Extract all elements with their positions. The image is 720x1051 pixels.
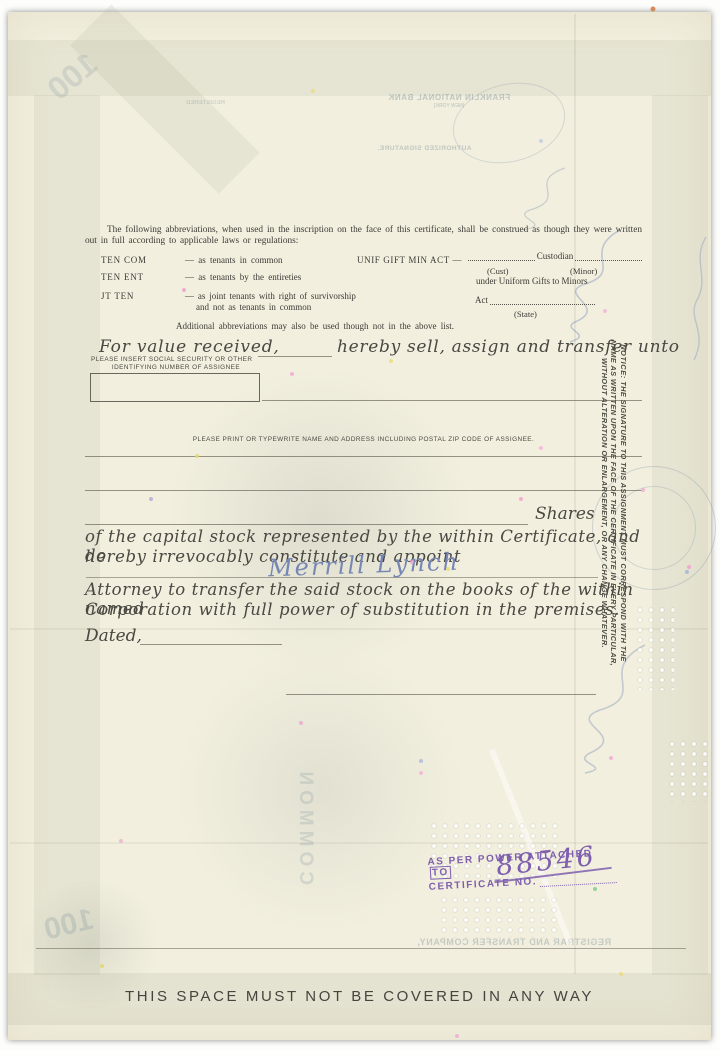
perforation-cluster-right-upper — [636, 606, 674, 690]
ghost-registrar-company: REGISTRAR AND TRANSFER COMPANY, — [385, 937, 643, 947]
ghost-vignette-lower — [180, 640, 460, 940]
print-name-note: PLEASE PRINT OR TYPEWRITE NAME AND ADDRE… — [85, 436, 642, 443]
dated-label: Dated, — [85, 626, 142, 646]
ghost-registered-label: REGISTERED — [186, 100, 225, 106]
act-leader — [490, 296, 595, 305]
state-caption: (State) — [514, 309, 537, 319]
stamp-line1-boxed: TO — [430, 866, 451, 880]
unif-gift-label: UNIF GIFT MIN ACT — — [357, 255, 462, 265]
scanned-certificate-back: FRANKLIN NATIONAL BANK (NEW YORK) REGIST… — [0, 0, 720, 1051]
under-uniform-gifts: under Uniform Gifts to Minors — [476, 276, 588, 286]
perforation-cluster-right-lower — [668, 740, 712, 802]
for-value-received: For value received, — [99, 337, 280, 357]
ghost-squiggle-upper — [495, 160, 580, 235]
abbr-footnote: Additional abbreviations may also be use… — [85, 321, 545, 331]
shares-word: Shares — [535, 504, 595, 524]
paper-speckles — [0, 0, 2, 2]
abbr-term-jt-ten: JT TEN — [101, 291, 134, 301]
minor-caption: (Minor) — [570, 266, 597, 276]
blank-line-seller — [258, 356, 332, 357]
signature-notice: NOTICE: THE SIGNATURE TO THIS ASSIGNMENT… — [598, 338, 628, 668]
fold-crease-vertical — [574, 14, 576, 974]
shares-line — [85, 524, 528, 525]
assignee-line-2 — [85, 456, 642, 457]
dated-line — [140, 644, 282, 645]
ssn-box — [90, 373, 260, 402]
act-label: Act — [475, 295, 490, 305]
perforation-cluster-center-lower — [440, 896, 560, 938]
abbr-term-ten-com: TEN COM — [101, 255, 147, 265]
appoint-line — [86, 577, 598, 578]
abbr-def-ten-com: — as tenants in common — [185, 255, 283, 265]
notice-prefix: NOTICE: — [619, 344, 628, 379]
sell-assign-transfer: hereby sell, assign and transfer unto — [337, 337, 680, 357]
ghost-common-vertical: COMMON — [176, 851, 316, 885]
ssn-label-line1: PLEASE INSERT SOCIAL SECURITY OR OTHER — [91, 356, 252, 363]
attorney-line2: Corporation with full power of substitut… — [85, 600, 620, 619]
cust-caption: (Cust) — [487, 266, 508, 276]
ssn-label-line2: IDENTIFYING NUMBER OF ASSIGNEE — [91, 364, 261, 371]
signature-line — [286, 694, 596, 695]
assignee-line-3 — [85, 490, 642, 491]
assignee-line-1 — [262, 400, 642, 401]
notice-body: THE SIGNATURE TO THIS ASSIGNMENT MUST CO… — [600, 340, 628, 666]
fold-crease-horizontal-2 — [10, 842, 708, 844]
ghost-vignette-eagle — [170, 360, 470, 680]
abbreviations-intro: The following abbreviations, when used i… — [85, 225, 642, 247]
custodian-leader-right — [575, 252, 642, 261]
footer-warning: THIS SPACE MUST NOT BE COVERED IN ANY WA… — [8, 988, 711, 1005]
ghost-edge-squiggle — [686, 232, 716, 367]
abbr-def-jt-ten: — as joint tenants with right of survivo… — [185, 291, 364, 312]
custodian-label: Custodian — [535, 251, 576, 261]
bottom-border-rule — [36, 948, 686, 949]
abbr-def-ten-ent: — as tenants by the entireties — [185, 272, 301, 282]
custodian-leader-left — [468, 252, 535, 261]
abbr-term-ten-ent: TEN ENT — [101, 272, 144, 282]
